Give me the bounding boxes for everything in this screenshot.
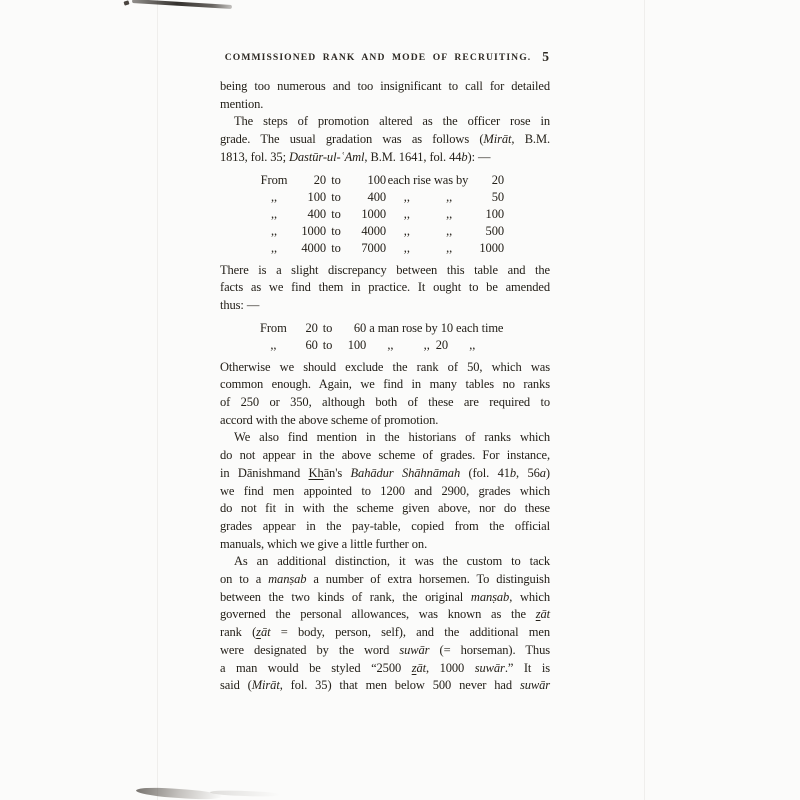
paragraph: We also find mention in the historians o… [220, 429, 550, 553]
scan-artifact-top-scratch [132, 0, 232, 9]
text-line: governed the personal allowances, was kn… [220, 606, 550, 624]
table-cell: ,, ,, [386, 189, 470, 206]
text-segment: common enough. Again, we find in many ta… [220, 377, 550, 391]
text-segment: , fol. 35) that men below 500 never had [280, 678, 520, 692]
table-cell: to [326, 206, 346, 223]
paragraph: The steps of promotion altered as the of… [220, 113, 550, 166]
text-line: being too numerous and too insignificant… [220, 78, 550, 96]
text-line: a man would be styled “2500 zāt, 1000 su… [220, 660, 550, 678]
running-head: COMMISSIONED RANK AND MODE OF RECRUITING… [220, 52, 550, 67]
text-segment: 1813, fol. 35; [220, 150, 289, 164]
scan-artifact-tick [124, 0, 130, 5]
text-column-content: being too numerous and too insignificant… [220, 78, 550, 695]
styled-term: manṣab [471, 590, 509, 604]
text-segment: There is a slight discrepancy between th… [220, 263, 550, 277]
table-cell: ,, [254, 206, 294, 223]
page-edge-right [644, 0, 645, 800]
text-segment: , B.M. [511, 132, 550, 146]
text-segment: ān's [324, 466, 351, 480]
text-segment: do not fit in with the scheme given abov… [220, 501, 550, 515]
table-cell: 20 [470, 172, 504, 189]
table-cell: 100 [337, 337, 366, 354]
text-line: grades appear in the pay-table, copied f… [220, 518, 550, 536]
text-line: facts as we find them in practice. It ou… [220, 279, 550, 297]
text-segment: = body, person, self), and the additiona… [270, 625, 550, 639]
text-line: We also find mention in the historians o… [220, 429, 550, 447]
table-cell: From [254, 172, 294, 189]
text-segment: The steps of promotion altered as the of… [234, 114, 550, 128]
table-cell: 400 [294, 206, 326, 223]
text-segment: said ( [220, 678, 252, 692]
text-line: 1813, fol. 35; Dastūr-ul-ʿAml, B.M. 1641… [220, 149, 550, 167]
page-edge-left [157, 0, 158, 800]
text-segment: grade. The usual gradation was as follow… [220, 132, 483, 146]
text-line: grade. The usual gradation was as follow… [220, 131, 550, 149]
text-line: The steps of promotion altered as the of… [220, 113, 550, 131]
scan-artifact-bottom-smudge [136, 786, 222, 800]
text-line: Otherwise we should exclude the rank of … [220, 359, 550, 377]
table-cell: to [326, 189, 346, 206]
text-line: between the two kinds of rank, the origi… [220, 589, 550, 607]
table-cell: a man rose by 10 each time [366, 320, 550, 337]
styled-term: Bahādur Shāhnāmah [351, 466, 461, 480]
text-segment: governed the personal allowances, was kn… [220, 607, 536, 621]
text-segment: (= horseman). Thus [429, 643, 550, 657]
text-segment: being too numerous and too insignificant… [220, 79, 550, 93]
text-segment: were designated by the word [220, 643, 399, 657]
text-segment: rank ( [220, 625, 256, 639]
table-cell: 500 [470, 223, 504, 240]
text-line: rank (zāt = body, person, self), and the… [220, 624, 550, 642]
text-line: thus: — [220, 297, 550, 315]
text-line: As an additional distinction, it was the… [220, 553, 550, 571]
table-cell: 100 [470, 206, 504, 223]
text-segment: As an additional distinction, it was the… [234, 554, 550, 568]
table-cell: 1000 [346, 206, 386, 223]
text-line: mention. [220, 96, 550, 114]
table-cell: 60 [293, 337, 318, 354]
styled-term: Mirāt [483, 132, 511, 146]
text-segment: accord with the above scheme of promotio… [220, 413, 438, 427]
table-cell: 20 [293, 320, 318, 337]
table-cell: 1000 [294, 223, 326, 240]
text-line: said (Mirāt, fol. 35) that men below 500… [220, 677, 550, 695]
text-line: accord with the above scheme of promotio… [220, 412, 550, 430]
table-cell: 1000 [470, 240, 504, 257]
paragraph: being too numerous and too insignificant… [220, 78, 550, 113]
table-cell: ,, [254, 337, 293, 354]
table-cell: 4000 [346, 223, 386, 240]
text-segment: between the two kinds of rank, the origi… [220, 590, 471, 604]
text-segment: ) [546, 466, 550, 480]
text-segment: facts as we find them in practice. It ou… [220, 280, 550, 294]
table-cell: each rise was by [386, 172, 470, 189]
text-segment: , 1000 [426, 661, 475, 675]
table-row: From20to60 a man rose by 10 each time [254, 320, 550, 337]
table-cell: ,, ,, [386, 223, 470, 240]
table-cell: to [326, 223, 346, 240]
styled-term: suwār [399, 643, 429, 657]
text-segment: We also find mention in the historians o… [234, 430, 550, 444]
table-row: ,,100to400,, ,,50 [254, 189, 550, 206]
text-segment: (fol. 41 [460, 466, 510, 480]
text-segment: on to a [220, 572, 268, 586]
scanned-book-page: { "scan": { "page_background": "#fbfbfa"… [0, 0, 800, 800]
text-segment: thus: — [220, 298, 259, 312]
text-column: COMMISSIONED RANK AND MODE OF RECRUITING… [220, 52, 550, 695]
text-segment: a number of extra horsemen. To distingui… [306, 572, 550, 586]
styled-term: āt [540, 607, 550, 621]
text-segment: a man would be styled “2500 [220, 661, 412, 675]
table-cell: ,, [254, 189, 294, 206]
styled-term: Mirāt [252, 678, 280, 692]
table-row: ,,1000to4000,, ,,500 [254, 223, 550, 240]
text-segment: , B.M. 1641, fol. 44 [364, 150, 461, 164]
text-line: were designated by the word suwār (= hor… [220, 642, 550, 660]
table-cell: 100 [294, 189, 326, 206]
text-segment: ): — [468, 150, 491, 164]
gradation-table: From20to100each rise was by20,,100to400,… [254, 172, 550, 257]
table-cell: to [326, 172, 346, 189]
table-cell: 60 [337, 320, 366, 337]
text-line: of 250 or 350, although both of these ar… [220, 394, 550, 412]
paragraph: As an additional distinction, it was the… [220, 553, 550, 695]
text-line: in Dānishmand Khān's Bahādur Shāhnāmah (… [220, 465, 550, 483]
text-segment: do not appear in the above scheme of gra… [220, 448, 550, 462]
styled-term: āt [416, 661, 426, 675]
styled-term: Kh [309, 466, 324, 480]
styled-term: suwār [520, 678, 550, 692]
styled-term: Dastūr-ul-ʿAml [289, 150, 364, 164]
amended-table: From20to60 a man rose by 10 each time,,6… [254, 320, 550, 354]
table-cell: to [318, 320, 337, 337]
table-cell: 400 [346, 189, 386, 206]
table-cell: ,, ,, 20 ,, [366, 337, 550, 354]
styled-term: manṣab [268, 572, 306, 586]
text-segment: , 56 [516, 466, 540, 480]
text-segment: grades appear in the pay-table, copied f… [220, 519, 550, 533]
text-line: do not appear in the above scheme of gra… [220, 447, 550, 465]
paragraph: There is a slight discrepancy between th… [220, 262, 550, 315]
table-row: ,,4000to7000,, ,,1000 [254, 240, 550, 257]
text-line: on to a manṣab a number of extra horseme… [220, 571, 550, 589]
text-line: do not fit in with the scheme given abov… [220, 500, 550, 518]
text-segment: of 250 or 350, although both of these ar… [220, 395, 550, 409]
table-cell: 100 [346, 172, 386, 189]
table-cell: ,, [254, 240, 294, 257]
table-cell: 4000 [294, 240, 326, 257]
table-cell: ,, ,, [386, 240, 470, 257]
text-line: we find men appointed to 1200 and 2900, … [220, 483, 550, 501]
table-row: ,,60to100 ,, ,, 20 ,, [254, 337, 550, 354]
table-cell: From [254, 320, 293, 337]
text-line: common enough. Again, we find in many ta… [220, 376, 550, 394]
table-row: From20to100each rise was by20 [254, 172, 550, 189]
text-segment: in Dānishmand [220, 466, 309, 480]
running-head-title: COMMISSIONED RANK AND MODE OF RECRUITING… [220, 52, 536, 63]
text-segment: , which [509, 590, 550, 604]
table-cell: to [318, 337, 337, 354]
table-row: ,,400to1000,, ,,100 [254, 206, 550, 223]
text-line: There is a slight discrepancy between th… [220, 262, 550, 280]
text-segment: mention. [220, 97, 263, 111]
text-segment: Otherwise we should exclude the rank of … [220, 360, 550, 374]
table-cell: ,, ,, [386, 206, 470, 223]
styled-term: suwār [475, 661, 505, 675]
table-cell: 50 [470, 189, 504, 206]
paragraph: Otherwise we should exclude the rank of … [220, 359, 550, 430]
table-cell: 7000 [346, 240, 386, 257]
table-cell: 20 [294, 172, 326, 189]
table-cell: to [326, 240, 346, 257]
text-line: manuals, which we give a little further … [220, 536, 550, 554]
text-segment: .” It is [505, 661, 550, 675]
text-segment: manuals, which we give a little further … [220, 537, 427, 551]
text-segment: we find men appointed to 1200 and 2900, … [220, 484, 550, 498]
table-cell: ,, [254, 223, 294, 240]
page-number: 5 [542, 49, 549, 65]
